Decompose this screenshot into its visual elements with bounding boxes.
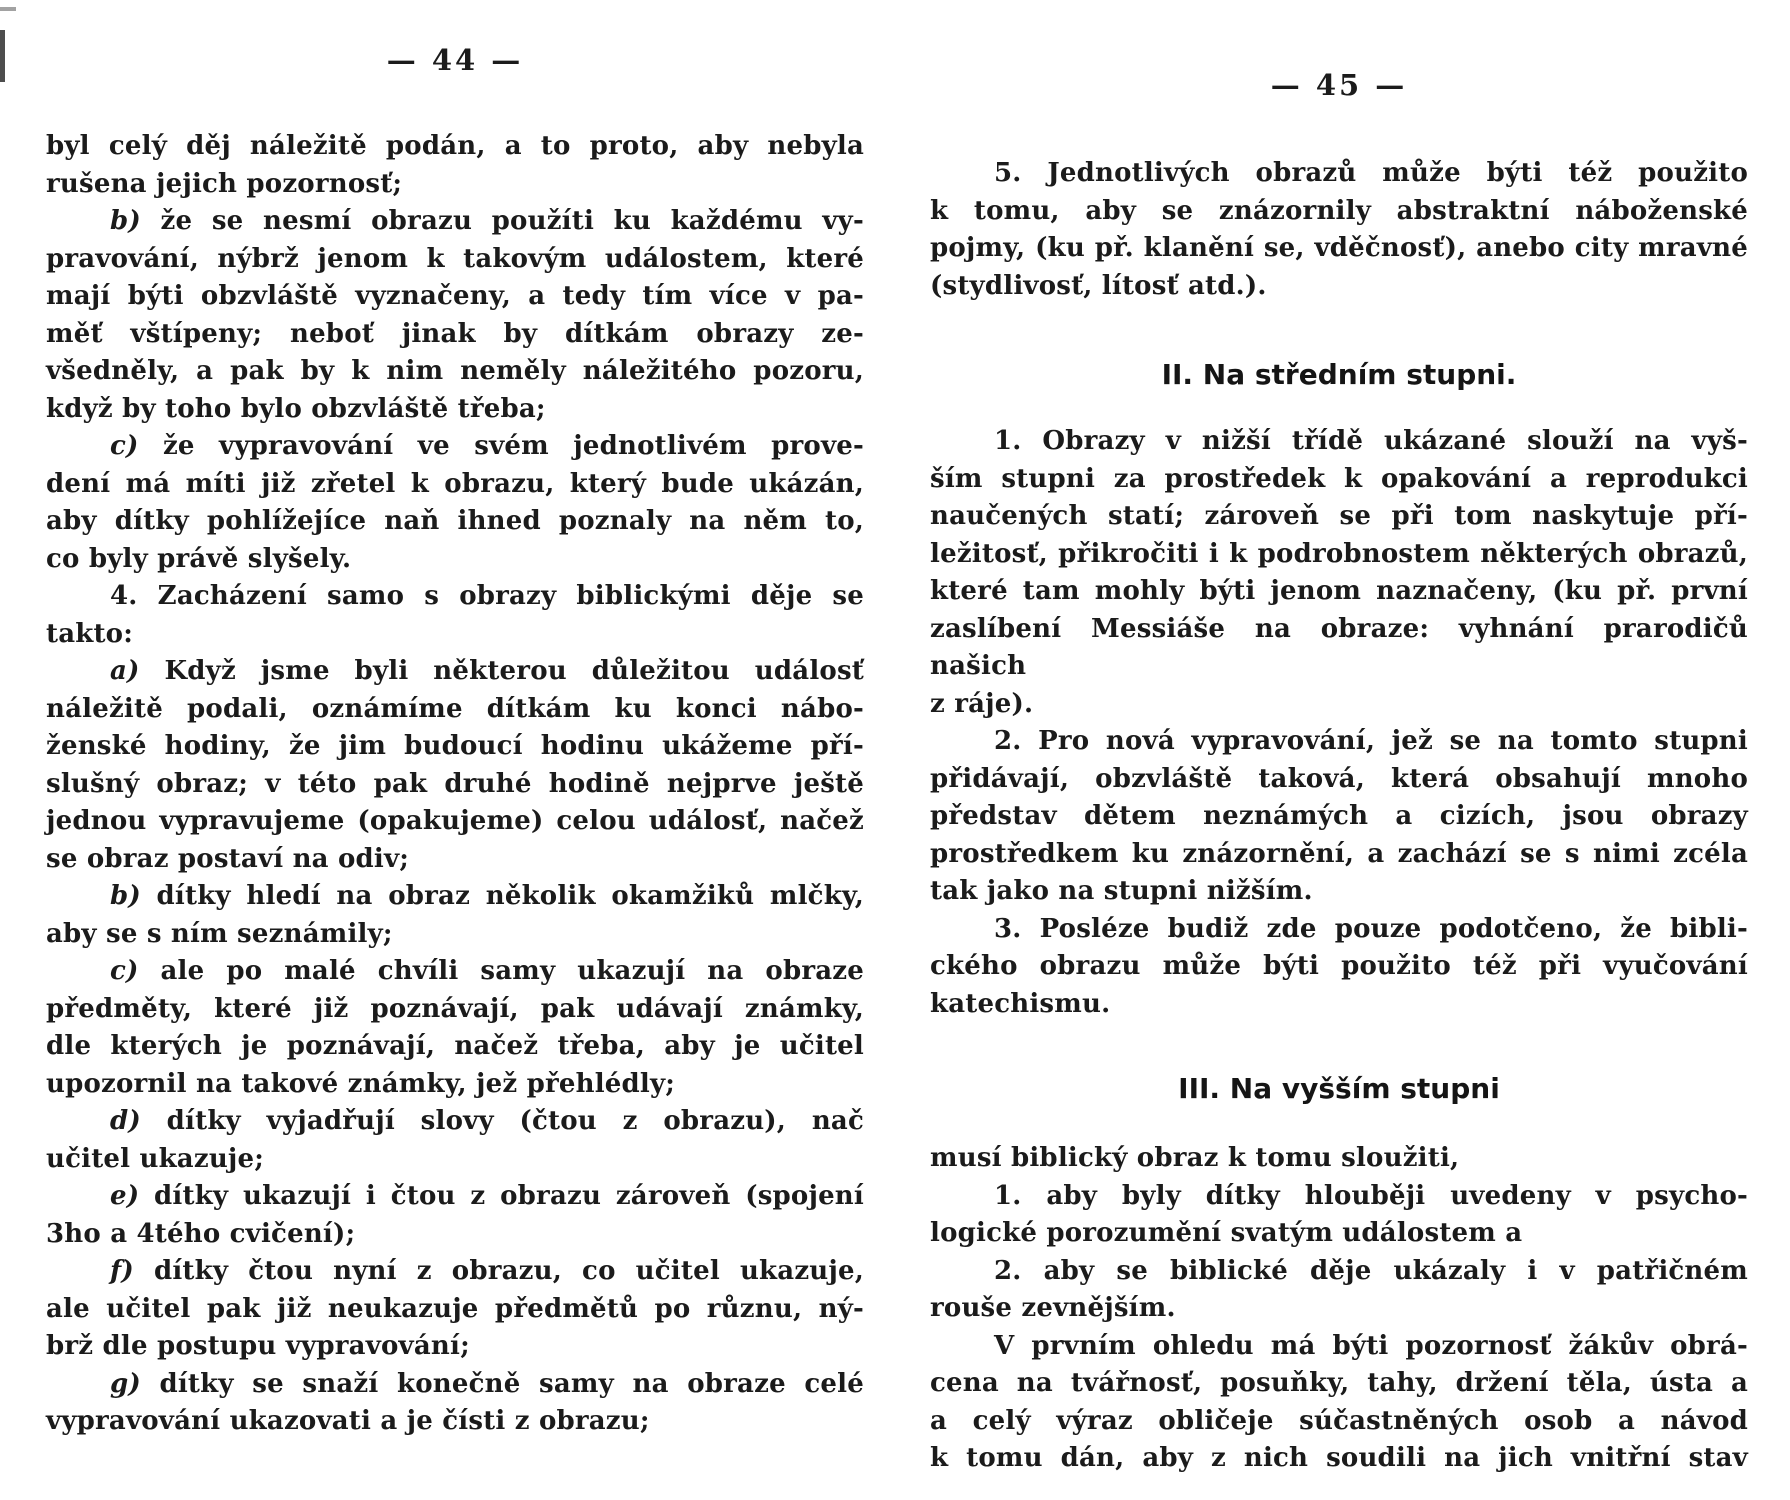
text-line: rušena jejich pozornosť; <box>46 166 864 204</box>
text-line: 3. Posléze budiž zde pouze podotčeno, že… <box>930 911 1748 949</box>
line-text: dítky hledí na obraz několik okamžiků ml… <box>157 881 864 911</box>
text-line: přidávají, obzvláště taková, která obsah… <box>930 761 1748 799</box>
text-line: ženské hodiny, že jim budoucí hodinu uká… <box>46 728 864 766</box>
text-line: mají býti obzvláště vyznačeny, a tedy tí… <box>46 278 864 316</box>
text-line: e) dítky ukazují i čtou z obrazu zároveň… <box>46 1178 864 1216</box>
text-line: pravování, nýbrž jenom k takovým událost… <box>46 241 864 279</box>
text-line: ckého obrazu může býti použito též při v… <box>930 948 1748 986</box>
text-line: zaslíbení Messiáše na obraze: vyhnání pr… <box>930 611 1748 686</box>
list-marker: c) <box>110 956 139 986</box>
text-line: co byly právě slyšely. <box>46 541 864 579</box>
text-line: učitel ukazuje; <box>46 1141 864 1179</box>
text-line: 3ho a 4tého cvičení); <box>46 1216 864 1254</box>
text-line: náležitě podali, oznámíme dítkám ku konc… <box>46 691 864 729</box>
text-line: g) dítky se snaží konečně samy na obraze… <box>46 1366 864 1404</box>
scan-edge-artifact <box>0 30 5 82</box>
line-text: dítky ukazují i čtou z obrazu zároveň (s… <box>154 1181 864 1211</box>
text-line: upozornil na takové známky, jež přehlédl… <box>46 1066 864 1104</box>
section-heading-upper-level: III. Na vyšším stupni <box>930 1069 1748 1109</box>
text-line: vypravování ukazovati a je čísti z obraz… <box>46 1403 864 1441</box>
text-line: předměty, které již poznávají, pak udáva… <box>46 991 864 1029</box>
scan-edge-artifact <box>0 7 16 11</box>
text-line: naučených statí; zároveň se při tom nask… <box>930 498 1748 536</box>
line-text: dítky se snaží konečně samy na obraze ce… <box>159 1369 864 1399</box>
list-marker: a) <box>110 656 140 686</box>
text-line: 5. Jednotlivých obrazů může býti též pou… <box>930 155 1748 193</box>
text-line: všedněly, a pak by k nim neměly náležité… <box>46 353 864 391</box>
text-line: c) že vypravování ve svém jednotlivém pr… <box>46 428 864 466</box>
line-text: ale po malé chvíli samy ukazují na obraz… <box>161 956 864 986</box>
text-line: 4. Zacházení samo s obrazy biblickými dě… <box>46 578 864 616</box>
text-line: d) dítky vyjadřují slovy (čtou z obrazu)… <box>46 1103 864 1141</box>
list-marker: b) <box>110 881 141 911</box>
text-line: 1. Obrazy v nižší třídě ukázané slouží n… <box>930 423 1748 461</box>
text-line: ale učitel pak již neukazuje předmětů po… <box>46 1291 864 1329</box>
text-line: b) dítky hledí na obraz několik okamžiků… <box>46 878 864 916</box>
line-text: dítky vyjadřují slovy (čtou z obrazu), n… <box>167 1106 864 1136</box>
line-text: že vypravování ve svém jednotlivém prove… <box>163 431 864 461</box>
text-line: ležitosť, přikročiti i k podrobnostem ně… <box>930 536 1748 574</box>
page-number-left: — 44 — <box>46 40 864 80</box>
text-line: pojmy, (ku př. klanění se, vděčnosť), an… <box>930 230 1748 268</box>
page-right: — 45 — 5. Jednotlivých obrazů může býti … <box>930 40 1748 1478</box>
text-line: jednou vypravujeme (opakujeme) celou udá… <box>46 803 864 841</box>
list-marker: b) <box>110 206 141 236</box>
text-line: měť vštípeny; neboť jinak by dítkám obra… <box>46 316 864 354</box>
text-line: brž dle postupu vypravování; <box>46 1328 864 1366</box>
text-line: (stydlivosť, lítosť atd.). <box>930 268 1748 306</box>
text-line: představ dětem neznámých a cizích, jsou … <box>930 798 1748 836</box>
text-line: musí biblický obraz k tomu sloužiti, <box>930 1140 1748 1178</box>
text-line: c) ale po malé chvíli samy ukazují na ob… <box>46 953 864 991</box>
text-line: dle kterých je poznávají, načež třeba, a… <box>46 1028 864 1066</box>
list-marker: e) <box>110 1181 139 1211</box>
text-line: a) Když jsme byli některou důležitou udá… <box>46 653 864 691</box>
text-line: aby se s ním seznámily; <box>46 916 864 954</box>
text-line: k tomu dán, aby z nich soudili na jich v… <box>930 1440 1748 1478</box>
text-line: cena na tvářnosť, posuňky, tahy, držení … <box>930 1365 1748 1403</box>
text-line: dení má míti již zřetel k obrazu, který … <box>46 466 864 504</box>
text-line: byl celý děj náležitě podán, a to proto,… <box>46 128 864 166</box>
page-left: — 44 — byl celý děj náležitě podán, a to… <box>46 40 864 1441</box>
text-line: slušný obraz; v této pak druhé hodině ne… <box>46 766 864 804</box>
text-line: k tomu, aby se znázornily abstraktní náb… <box>930 193 1748 231</box>
book-scan: — 44 — byl celý děj náležitě podán, a to… <box>0 0 1790 1500</box>
line-text: Když jsme byli některou důležitou událos… <box>164 656 864 686</box>
text-line: V prvním ohledu má býti pozornosť žákův … <box>930 1328 1748 1366</box>
text-line: ším stupni za prostředek k opakování a r… <box>930 461 1748 499</box>
list-marker: g) <box>110 1369 141 1399</box>
text-line: 2. aby se biblické děje ukázaly i v patř… <box>930 1253 1748 1291</box>
text-line: 2. Pro nová vypravování, jež se na tomto… <box>930 723 1748 761</box>
text-line: z ráje). <box>930 686 1748 724</box>
list-marker: d) <box>110 1106 141 1136</box>
text-line: logické porozumění svatým událostem a <box>930 1215 1748 1253</box>
text-line: tak jako na stupni nižším. <box>930 873 1748 911</box>
text-line: 1. aby byly dítky hlouběji uvedeny v psy… <box>930 1178 1748 1216</box>
text-line: a celý výraz obličeje súčastněných osob … <box>930 1403 1748 1441</box>
text-line: aby dítky pohlížejíce naň ihned poznaly … <box>46 503 864 541</box>
text-line: f) dítky čtou nyní z obrazu, co učitel u… <box>46 1253 864 1291</box>
text-line: b) že se nesmí obrazu použíti ku každému… <box>46 203 864 241</box>
page-number-right: — 45 — <box>930 65 1748 105</box>
line-text: že se nesmí obrazu použíti ku každému vy… <box>161 206 864 236</box>
list-marker: c) <box>110 431 139 461</box>
text-line: když by toho bylo obzvláště třeba; <box>46 391 864 429</box>
text-line: se obraz postaví na odiv; <box>46 841 864 879</box>
line-text: dítky čtou nyní z obrazu, co učitel ukaz… <box>154 1256 864 1286</box>
text-line: prostředkem ku znázornění, a zachází se … <box>930 836 1748 874</box>
section-heading-middle-level: II. Na středním stupni. <box>930 355 1748 395</box>
text-line: které tam mohly býti jenom naznačeny, (k… <box>930 573 1748 611</box>
text-line: rouše zevnějším. <box>930 1290 1748 1328</box>
list-marker: f) <box>110 1256 134 1286</box>
text-line: katechismu. <box>930 986 1748 1024</box>
text-line: takto: <box>46 616 864 654</box>
